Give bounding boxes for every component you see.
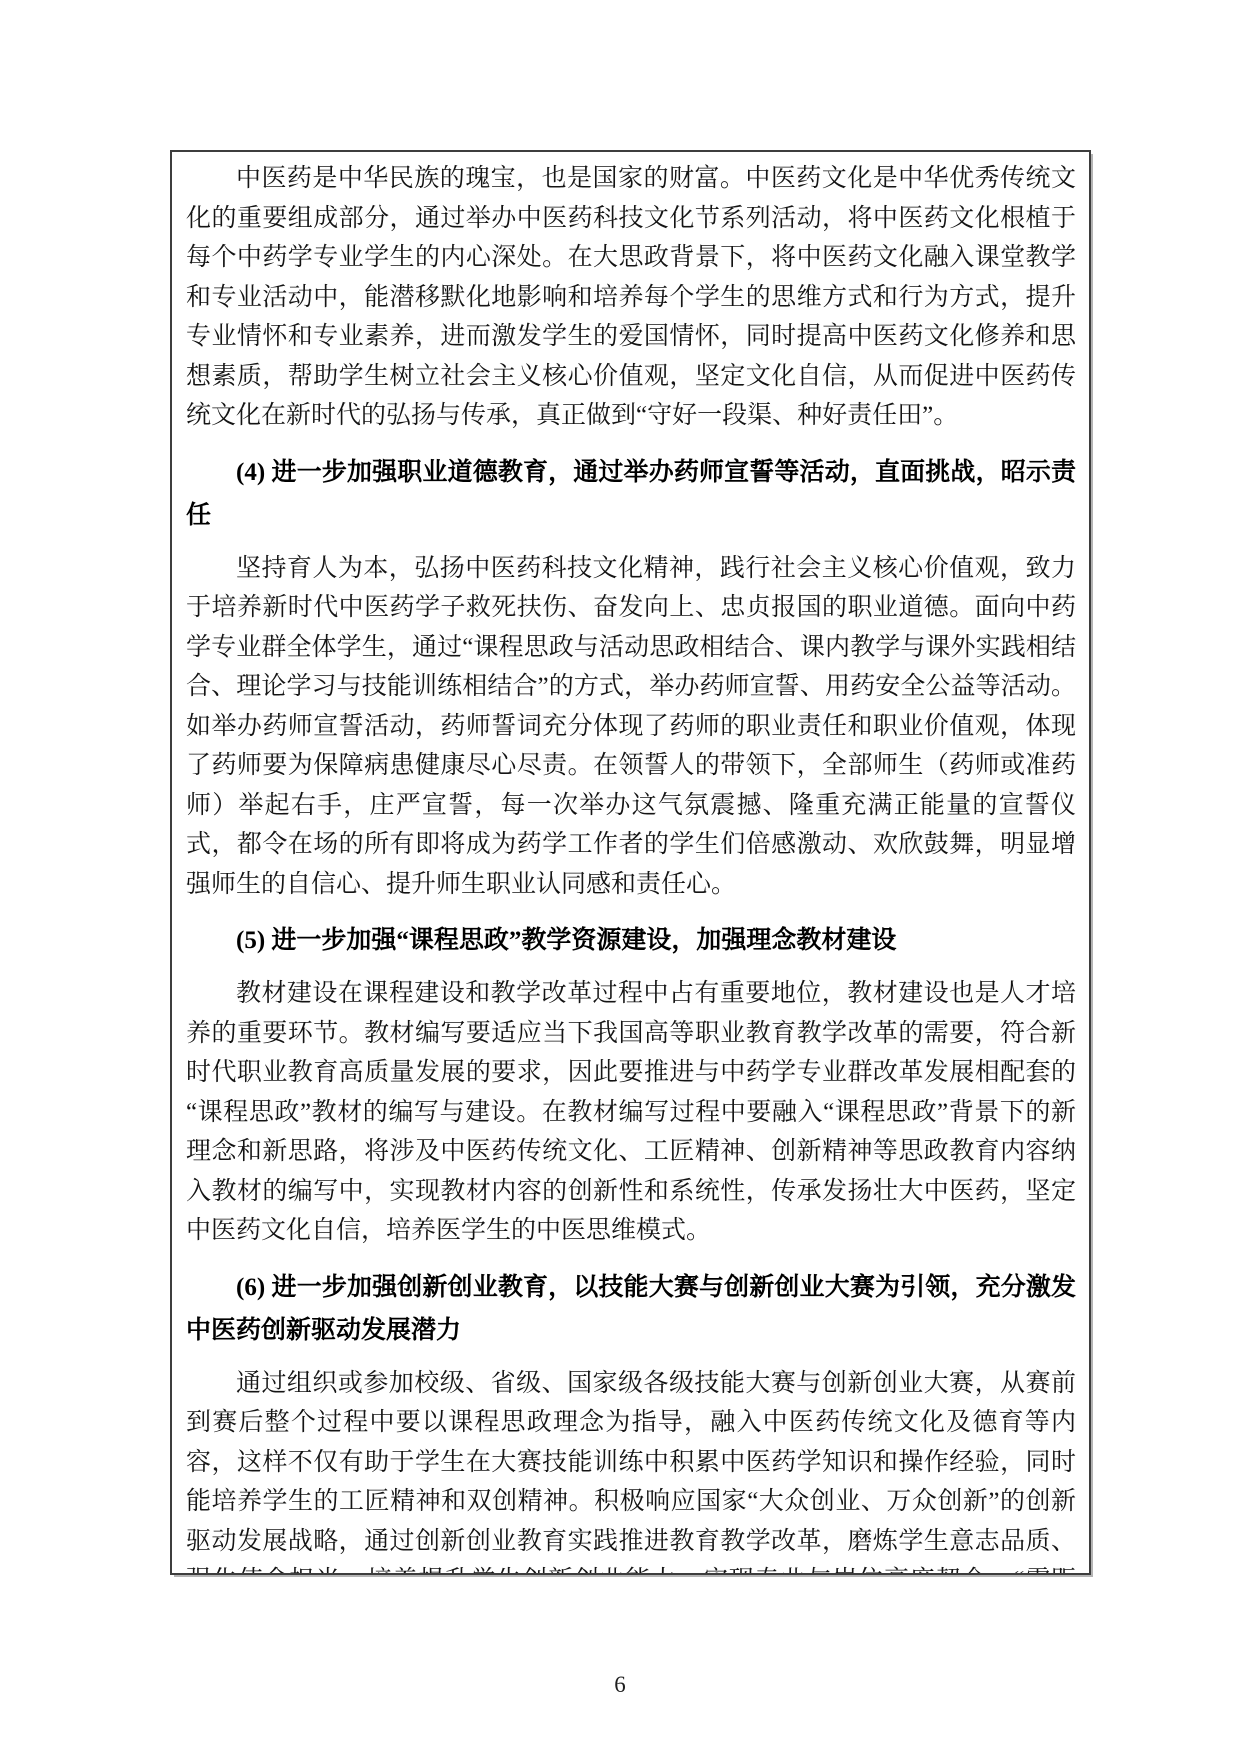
paragraph-textbook-construction: 教材建设在课程建设和教学改革过程中占有重要地位，教材建设也是人才培养的重要环节。…	[186, 974, 1076, 1251]
page-number-footer: 6	[0, 1672, 1240, 1698]
section-heading-4: (4) 进一步加强职业道德教育，通过举办药师宣誓等活动，直面挑战，昭示责任	[186, 451, 1076, 537]
section-heading-6: (6) 进一步加强创新创业教育，以技能大赛与创新创业大赛为引领，充分激发中医药创…	[186, 1266, 1076, 1352]
paragraph-innovation-competition: 通过组织或参加校级、省级、国家级各级技能大赛与创新创业大赛，从赛前到赛后整个过程…	[186, 1364, 1076, 1576]
content-table-cell: 中医药是中华民族的瑰宝，也是国家的财富。中医药文化是中华优秀传统文化的重要组成部…	[170, 150, 1091, 1575]
section-heading-5: (5) 进一步加强“课程思政”教学资源建设，加强理念教材建设	[186, 919, 1076, 962]
paragraph-pharmacist-oath: 坚持育人为本，弘扬中医药科技文化精神，践行社会主义核心价值观，致力于培养新时代中…	[186, 549, 1076, 905]
paragraph-culture-festival: 中医药是中华民族的瑰宝，也是国家的财富。中医药文化是中华优秀传统文化的重要组成部…	[186, 159, 1076, 436]
